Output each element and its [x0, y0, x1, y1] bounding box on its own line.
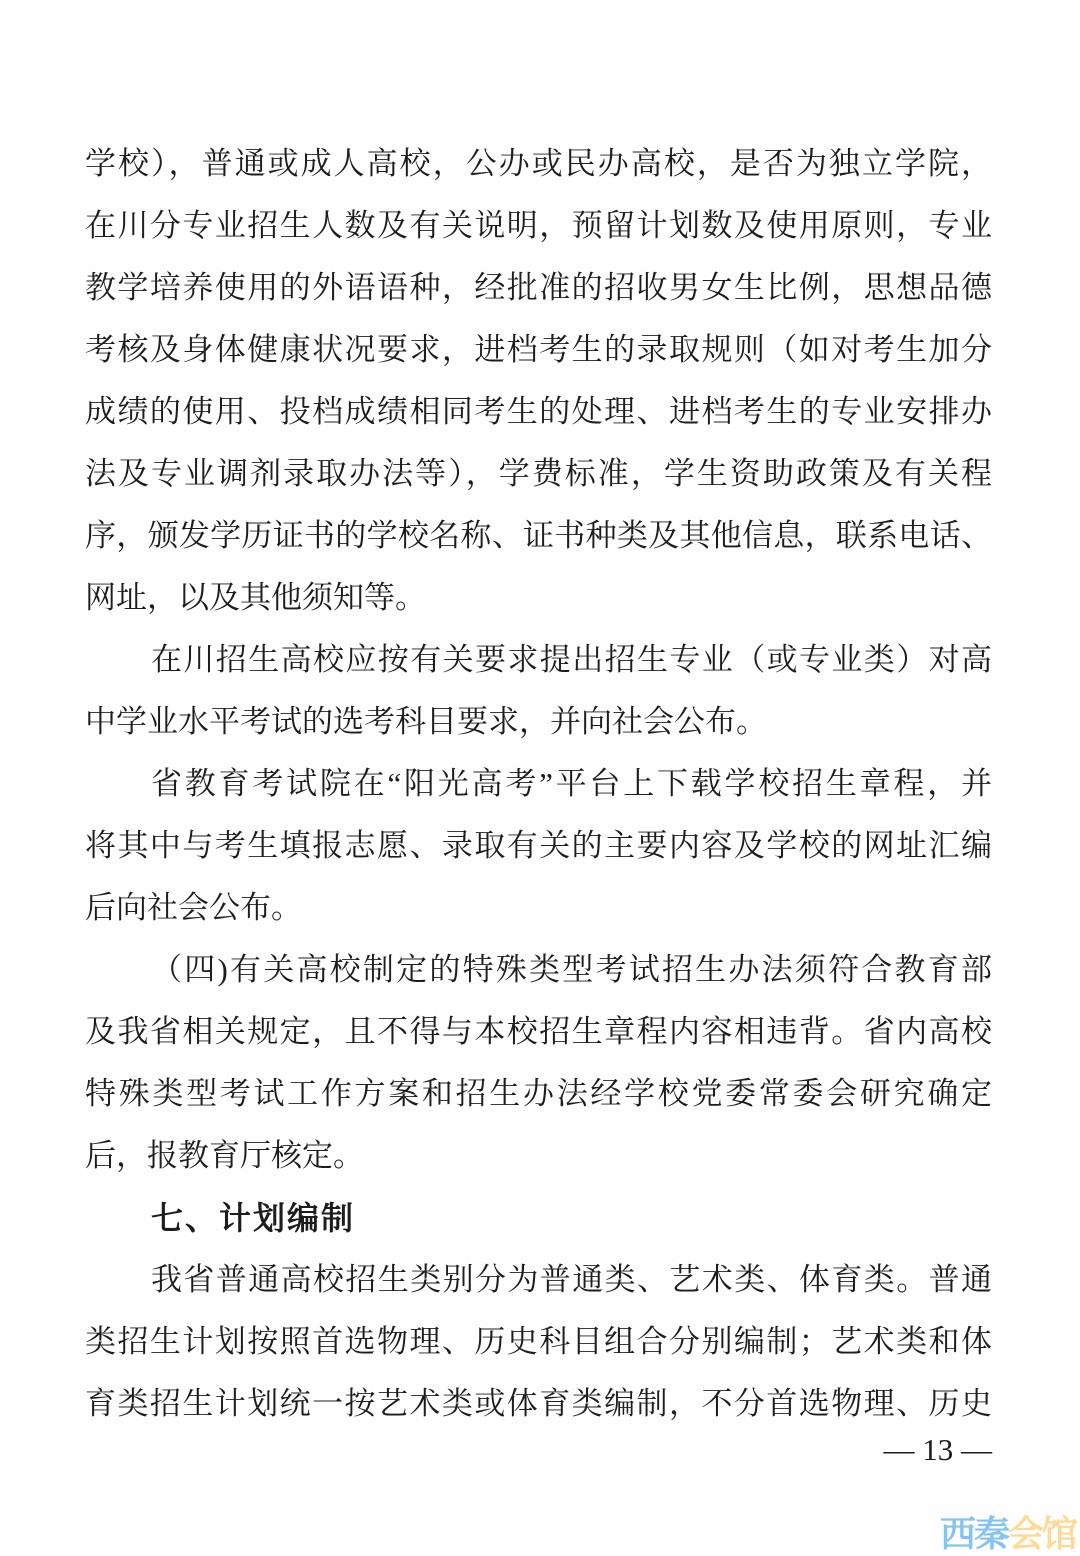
text-line: 后向社会公布。	[85, 877, 992, 939]
watermark-text-left: 西秦	[940, 1514, 1008, 1555]
text-line: 后，报教育厅核定。	[85, 1125, 992, 1187]
text-line: （四)有关高校制定的特殊类型考试招生办法须符合教育部	[85, 939, 992, 1001]
document-page: 学校），普通或成人高校，公办或民办高校，是否为独立学院，在川分专业招生人数及有关…	[0, 0, 1080, 1556]
text-line: 考核及身体健康状况要求，进档考生的录取规则（如对考生加分	[85, 319, 992, 381]
text-line: 序，颁发学历证书的学校名称、证书种类及其他信息，联系电话、	[85, 505, 992, 567]
watermark-logo: 西秦会馆	[940, 1516, 1076, 1554]
text-line: 学校），普通或成人高校，公办或民办高校，是否为独立学院，	[85, 133, 992, 195]
document-body: 学校），普通或成人高校，公办或民办高校，是否为独立学院，在川分专业招生人数及有关…	[85, 133, 992, 1435]
text-line: 类招生计划按照首选物理、历史科目组合分别编制；艺术类和体	[85, 1311, 992, 1373]
text-line: 在川招生高校应按有关要求提出招生专业（或专业类）对高	[85, 629, 992, 691]
section-heading: 七、计划编制	[85, 1187, 992, 1249]
text-line: 我省普通高校招生类别分为普通类、艺术类、体育类。普通	[85, 1249, 992, 1311]
text-line: 法及专业调剂录取办法等），学费标准，学生资助政策及有关程	[85, 443, 992, 505]
text-line: 在川分专业招生人数及有关说明，预留计划数及使用原则，专业	[85, 195, 992, 257]
watermark-text-right: 会馆	[1008, 1514, 1076, 1555]
text-line: 育类招生计划统一按艺术类或体育类编制，不分首选物理、历史	[85, 1373, 992, 1435]
text-line: 及我省相关规定，且不得与本校招生章程内容相违背。省内高校	[85, 1001, 992, 1063]
text-line: 特殊类型考试工作方案和招生办法经学校党委常委会研究确定	[85, 1063, 992, 1125]
page-number: — 13 —	[0, 1430, 992, 1470]
text-line: 将其中与考生填报志愿、录取有关的主要内容及学校的网址汇编	[85, 815, 992, 877]
text-line: 网址，以及其他须知等。	[85, 567, 992, 629]
text-line: 省教育考试院在“阳光高考”平台上下载学校招生章程，并	[85, 753, 992, 815]
text-line: 教学培养使用的外语语种，经批准的招收男女生比例，思想品德	[85, 257, 992, 319]
text-line: 中学业水平考试的选考科目要求，并向社会公布。	[85, 691, 992, 753]
text-line: 成绩的使用、投档成绩相同考生的处理、进档考生的专业安排办	[85, 381, 992, 443]
